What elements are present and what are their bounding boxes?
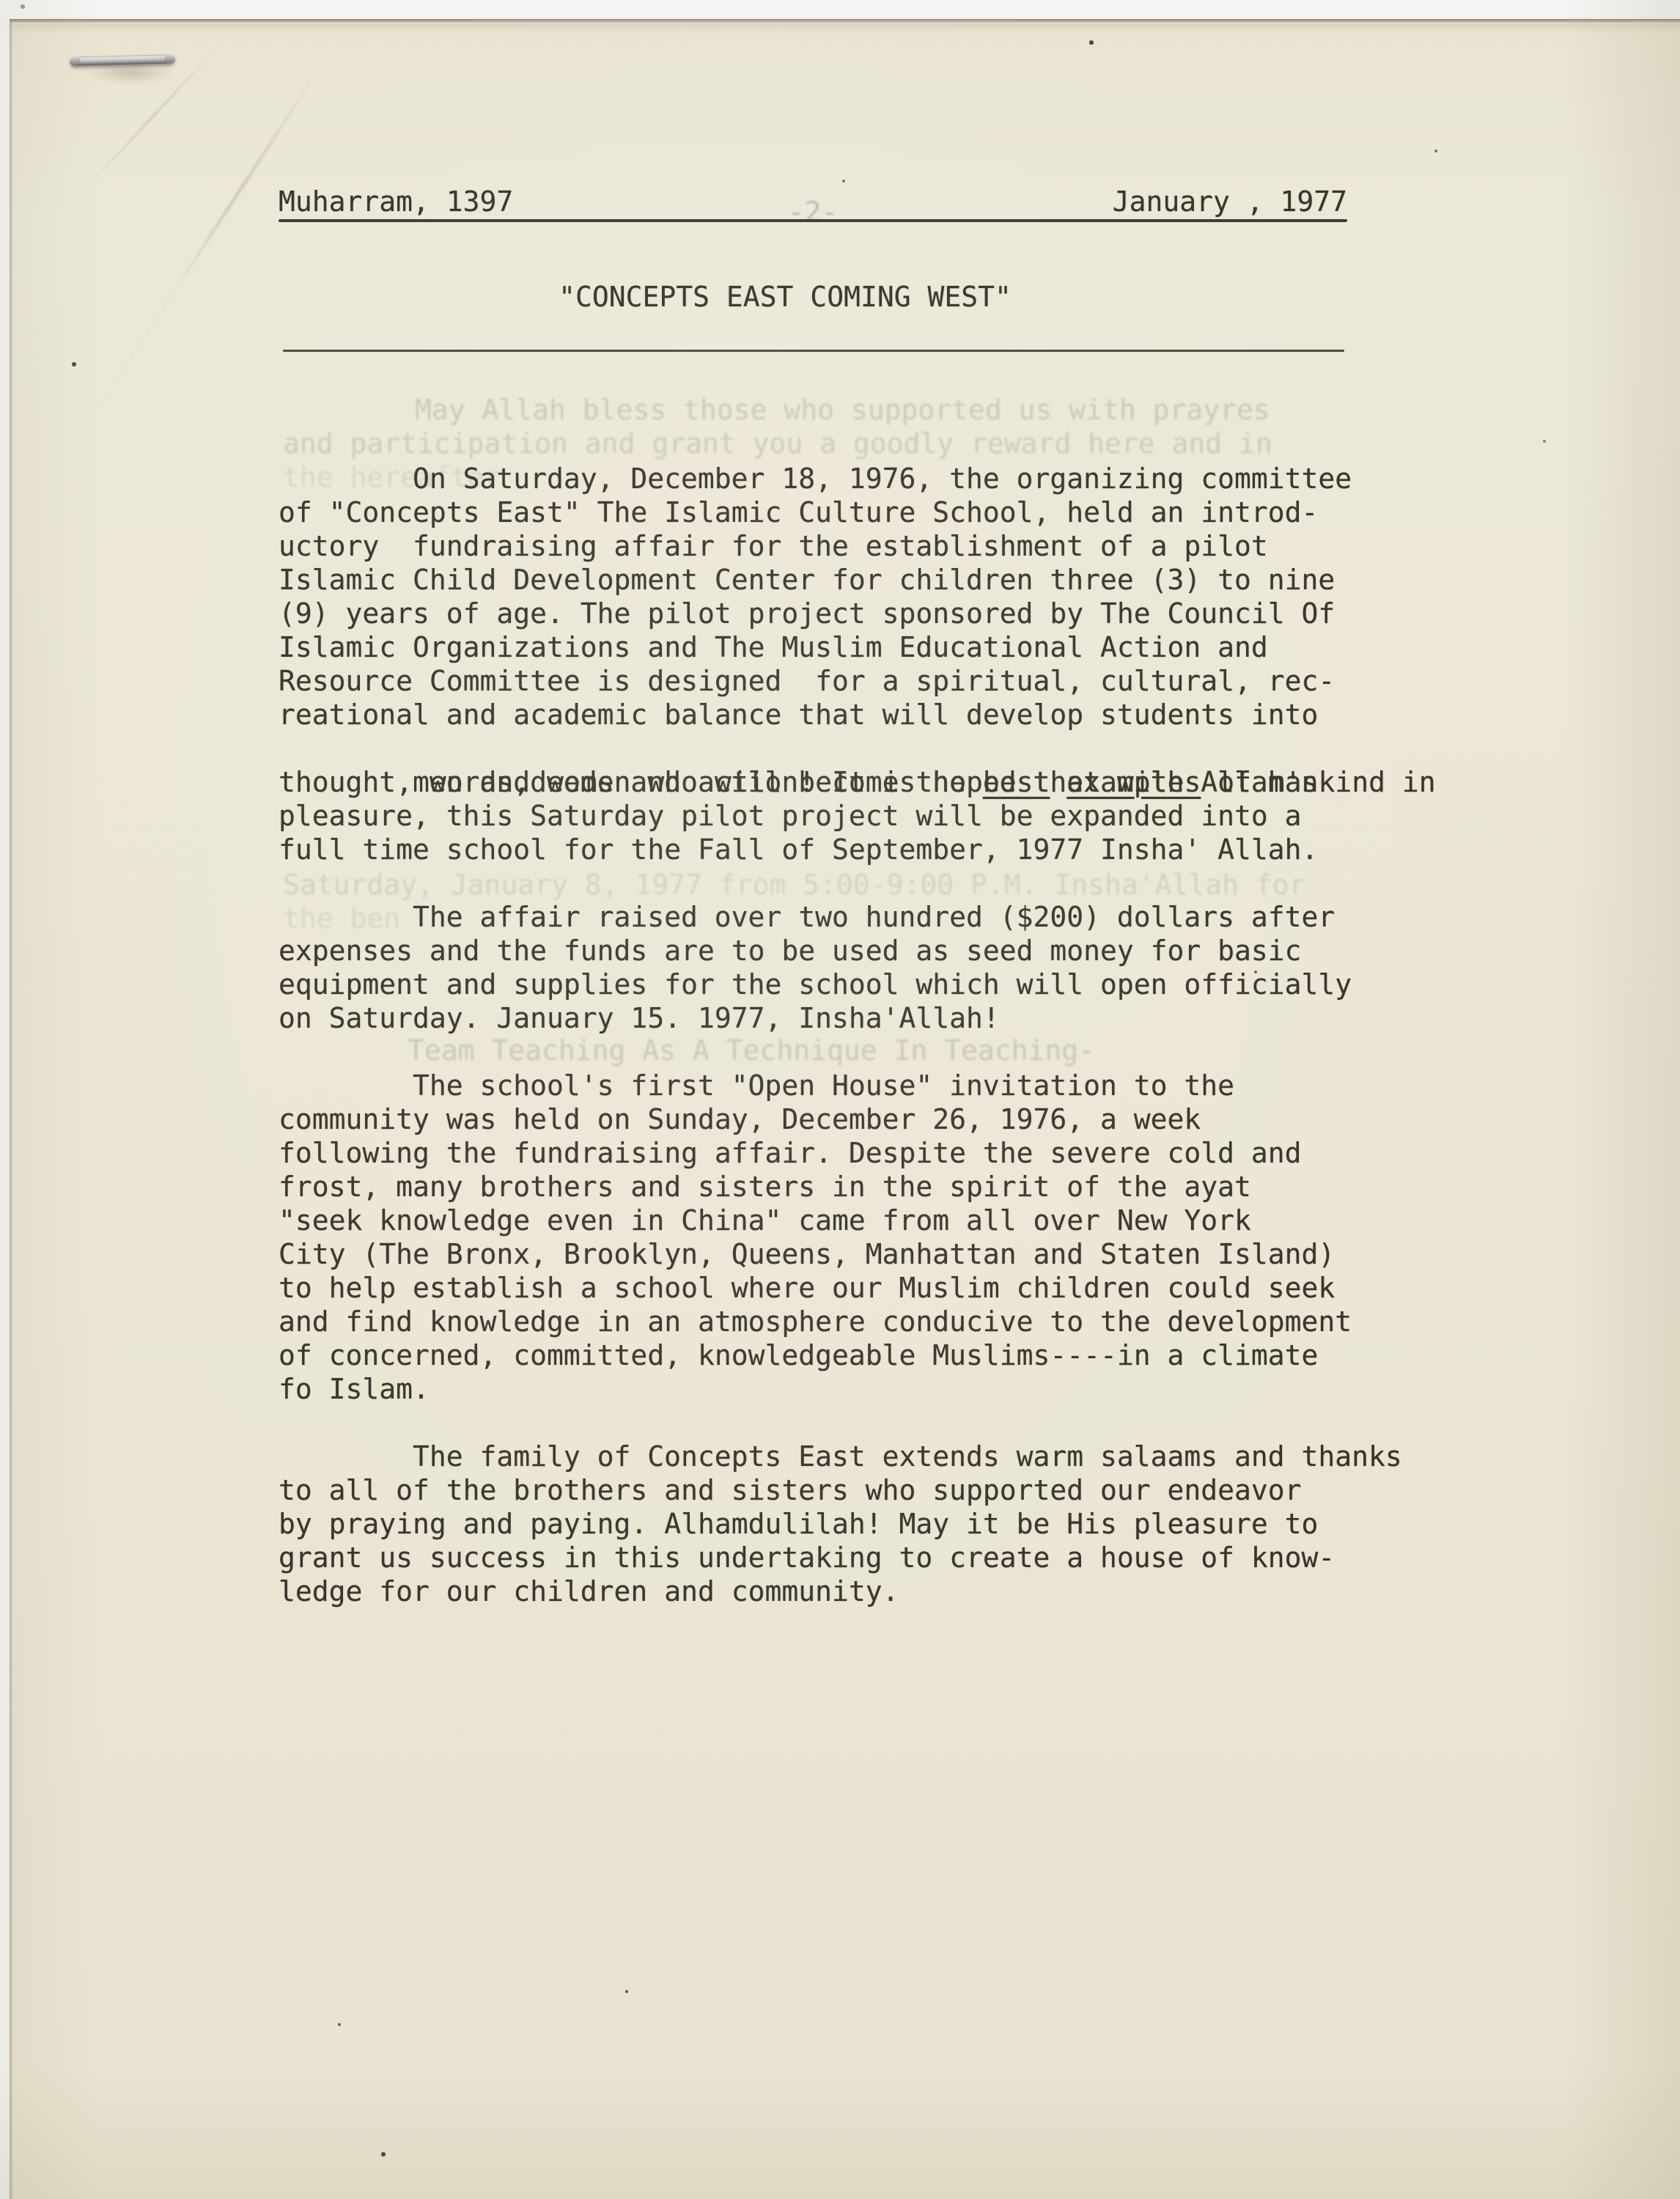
text-line: fo Islam. [279,1372,1371,1406]
text-line: City (The Bronx, Brooklyn, Queens, Manha… [279,1237,1371,1271]
header-rule [279,219,1347,222]
text-line: On Saturday, December 18, 1976, the orga… [279,462,1371,496]
text-line: uctory fundraising affair for the establ… [279,529,1371,563]
bleed-through-text: and participation and grant you a goodly… [283,427,1272,460]
page-header: Muharram, 1397 -2- January , 1977 [279,185,1347,218]
paper-top-edge [10,19,1680,23]
page-number: -2- [788,195,839,229]
paragraph-3: The school's first "Open House" invitati… [279,1069,1371,1406]
text-line: to help establish a school where our Mus… [279,1271,1371,1305]
text-line: Resource Committee is designed for a spi… [279,664,1371,698]
text-line: men and women who will become the best e… [279,732,1371,765]
title-rule [283,350,1344,352]
article-title: "CONCEPTS EAST COMING WEST" [251,280,1319,314]
text-line: following the fundraising affair. Despit… [279,1136,1371,1170]
staple-end [164,54,175,63]
text-line: thought, words,deeds and action! It is h… [279,765,1371,799]
text-line: on Saturday. January 15. 1977, Insha'All… [279,1001,1371,1035]
text-line: expenses and the funds are to be used as… [279,934,1371,968]
paragraph-4: The family of Concepts East extends warm… [279,1440,1371,1608]
text-line: full time school for the Fall of Septemb… [279,833,1371,866]
article-body: On Saturday, December 18, 1976, the orga… [279,462,1371,1642]
dust-specks [0,0,1,1]
text-line: Islamic Child Development Center for chi… [279,563,1371,597]
text-line: community was held on Sunday, December 2… [279,1102,1371,1136]
paragraph-1: On Saturday, December 18, 1976, the orga… [279,462,1371,866]
paragraph-1-end: thought, words,deeds and action! It is h… [279,765,1371,866]
text-line: equipment and supplies for the school wh… [279,968,1371,1001]
paper-left-edge [10,19,13,2199]
text-line: grant us success in this undertaking to … [279,1541,1371,1574]
paragraph-1-start: On Saturday, December 18, 1976, the orga… [279,462,1371,732]
paragraph-2: The affair raised over two hundred ($200… [279,900,1371,1035]
bleed-through-text: May Allah bless those who supported us w… [415,393,1270,427]
text-line: The school's first "Open House" invitati… [279,1069,1371,1102]
staple-end [70,56,81,65]
text-line: "seek knowledge even in China" came from… [279,1204,1371,1237]
text-line: of "Concepts East" The Islamic Culture S… [279,496,1371,529]
text-line: The family of Concepts East extends warm… [279,1440,1371,1473]
gregorian-date: January , 1977 [1113,185,1347,218]
text-line: reational and academic balance that will… [279,698,1371,732]
text-line: pleasure, this Saturday pilot project wi… [279,799,1371,833]
text-line: to all of the brothers and sisters who s… [279,1473,1371,1507]
text-line: Islamic Organizations and The Muslim Edu… [279,630,1371,664]
text-line: and find knowledge in an atmosphere cond… [279,1305,1371,1338]
text-line: frost, many brothers and sisters in the … [279,1170,1371,1204]
scanned-newsletter-page: May Allah bless those who supported us w… [0,0,1680,2199]
text-line: The affair raised over two hundred ($200… [279,900,1371,934]
text-line: (9) years of age. The pilot project spon… [279,597,1371,630]
text-line: of concerned, committed, knowledgeable M… [279,1338,1371,1372]
hijri-date: Muharram, 1397 [279,185,513,218]
text-line: ledge for our children and community. [279,1574,1371,1608]
text-line: by praying and paying. Alhamdulilah! May… [279,1507,1371,1541]
